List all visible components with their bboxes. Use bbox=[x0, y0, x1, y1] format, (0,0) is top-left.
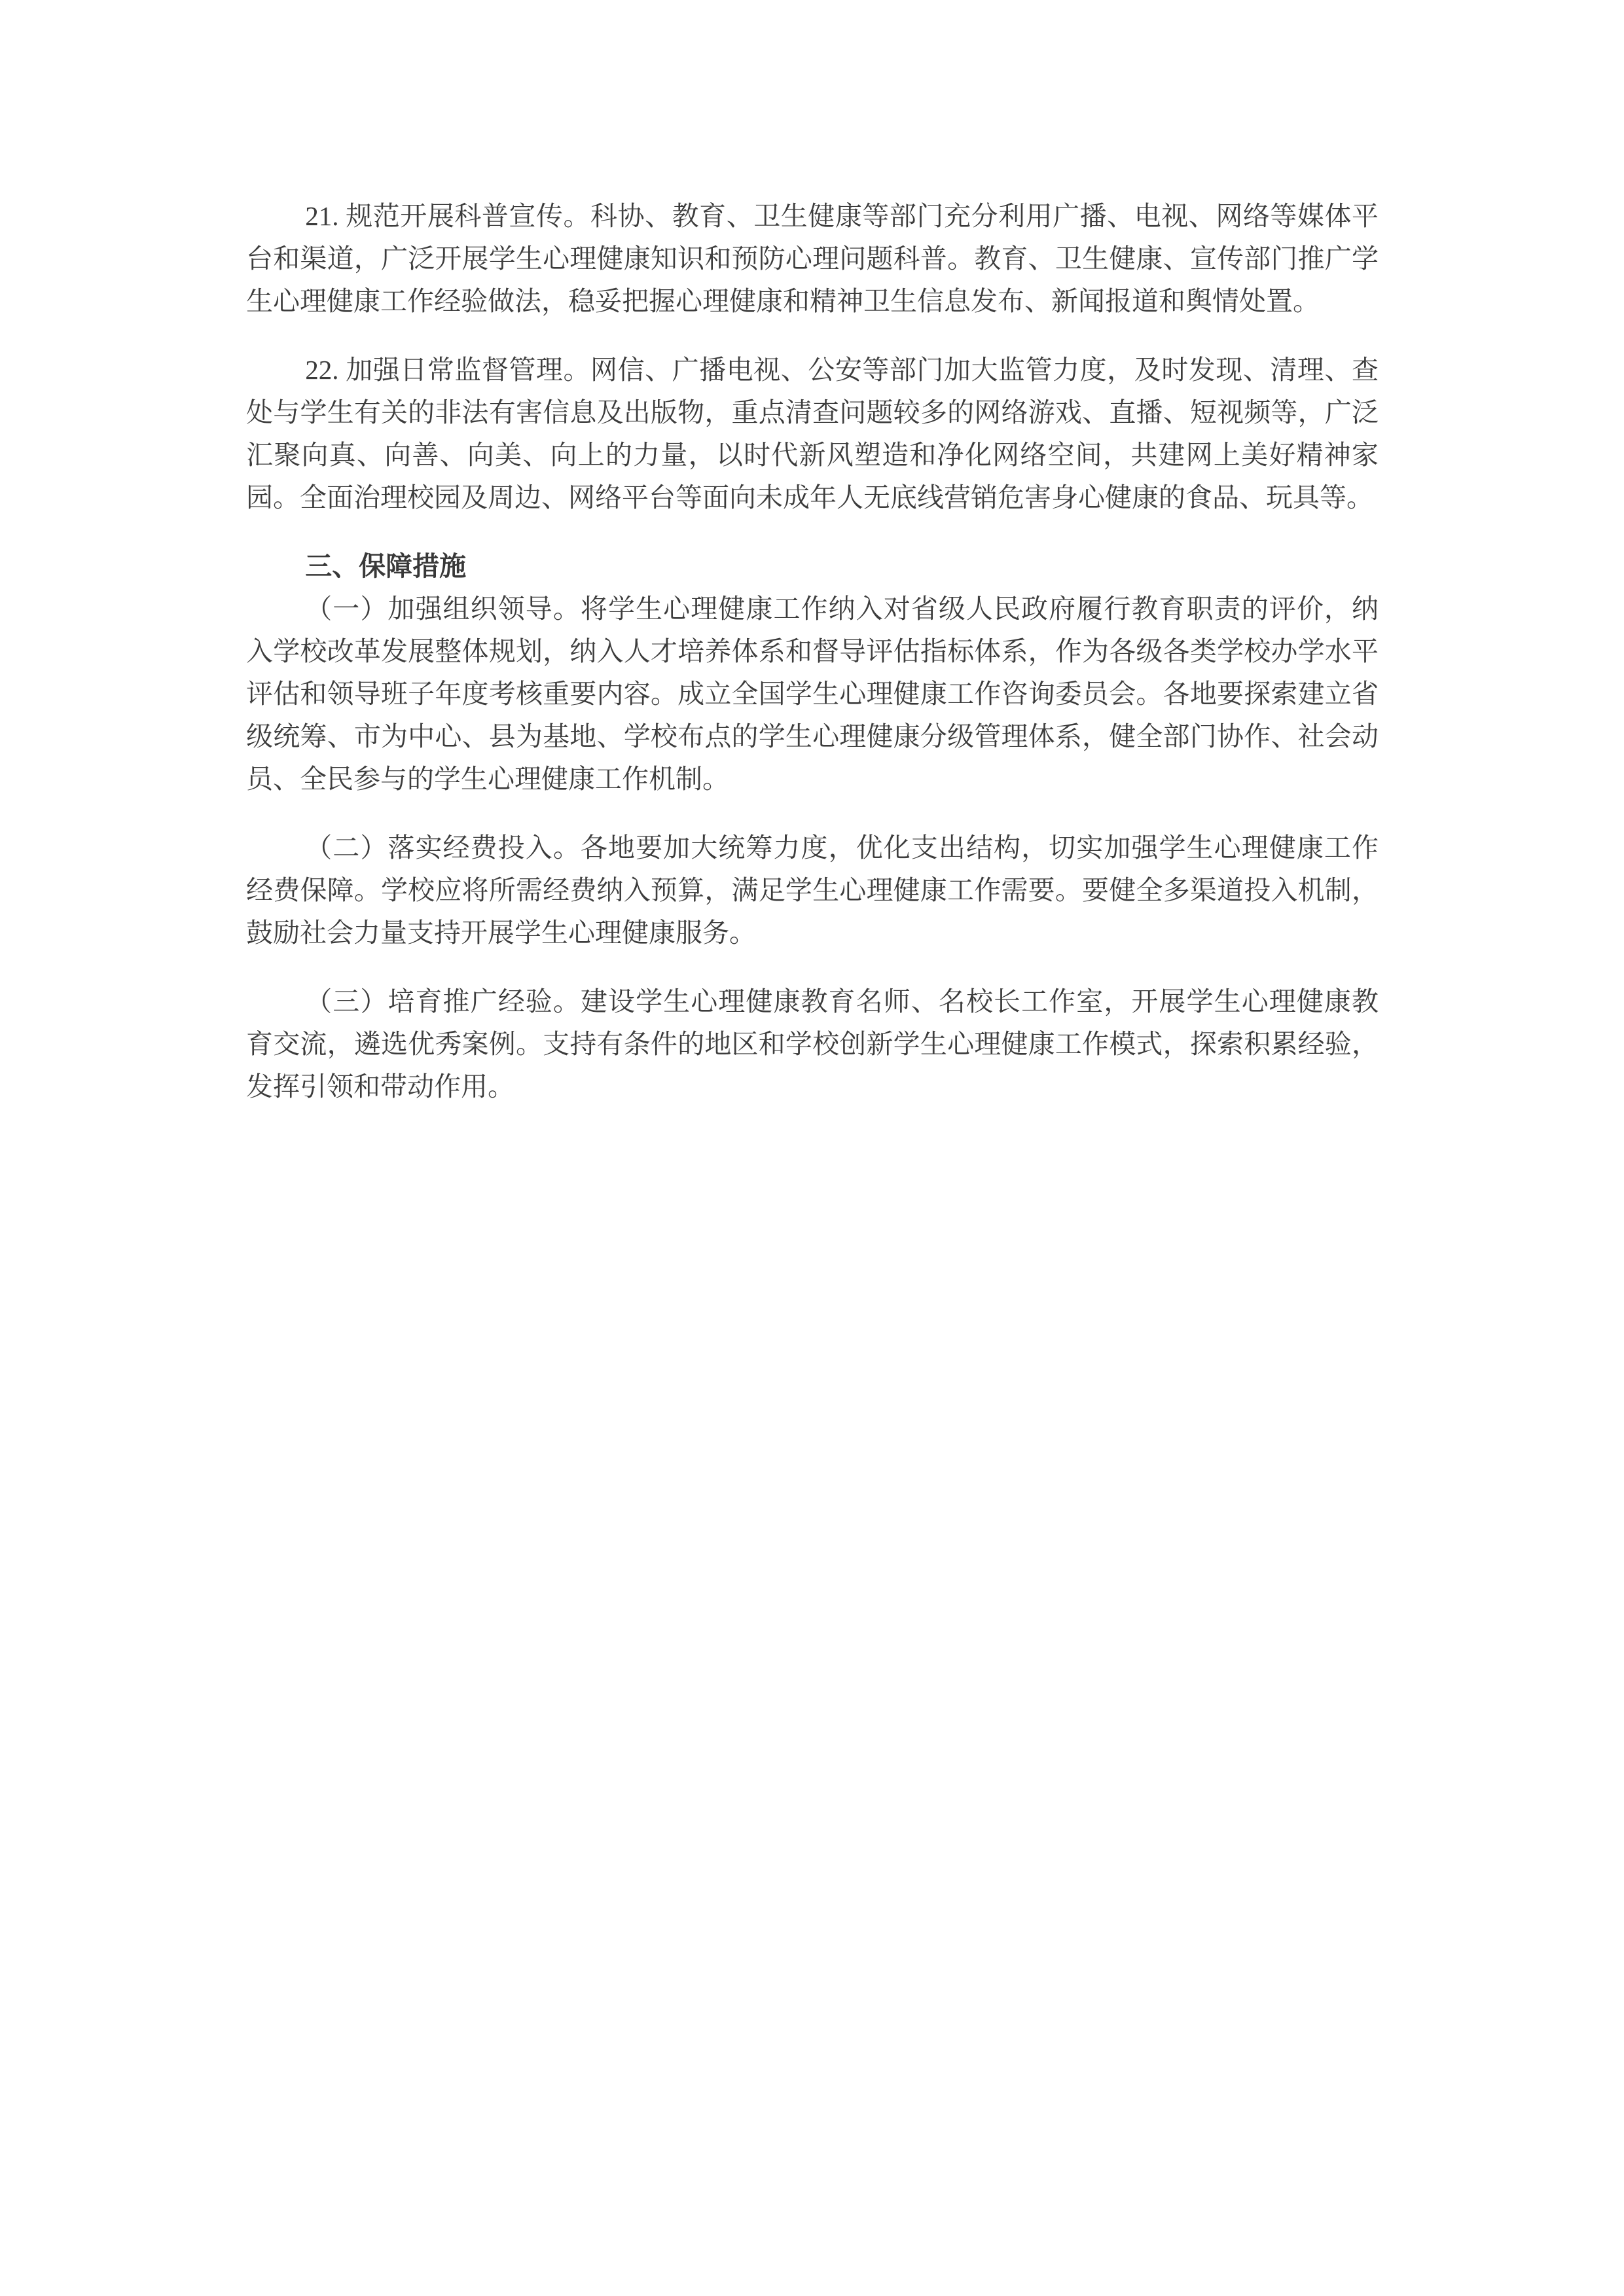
document-page: 21. 规范开展科普宣传。科协、教育、卫生健康等部门充分利用广播、电视、网络等媒… bbox=[0, 0, 1624, 2296]
paragraph-item-3-experience: （三）培育推广经验。建设学生心理健康教育名师、名校长工作室，开展学生心理健康教育… bbox=[246, 980, 1379, 1108]
paragraph-item-1-organization: （一）加强组织领导。将学生心理健康工作纳入对省级人民政府履行教育职责的评价，纳入… bbox=[246, 588, 1379, 800]
paragraph-item-21: 21. 规范开展科普宣传。科协、教育、卫生健康等部门充分利用广播、电视、网络等媒… bbox=[246, 195, 1379, 323]
paragraph-item-2-funding: （二）落实经费投入。各地要加大统筹力度，优化支出结构，切实加强学生心理健康工作经… bbox=[246, 827, 1379, 954]
document-body: 21. 规范开展科普宣传。科协、教育、卫生健康等部门充分利用广播、电视、网络等媒… bbox=[246, 195, 1379, 1108]
section-heading-safeguard-measures: 三、保障措施 bbox=[246, 545, 1379, 588]
paragraph-item-22: 22. 加强日常监督管理。网信、广播电视、公安等部门加大监管力度，及时发现、清理… bbox=[246, 349, 1379, 519]
